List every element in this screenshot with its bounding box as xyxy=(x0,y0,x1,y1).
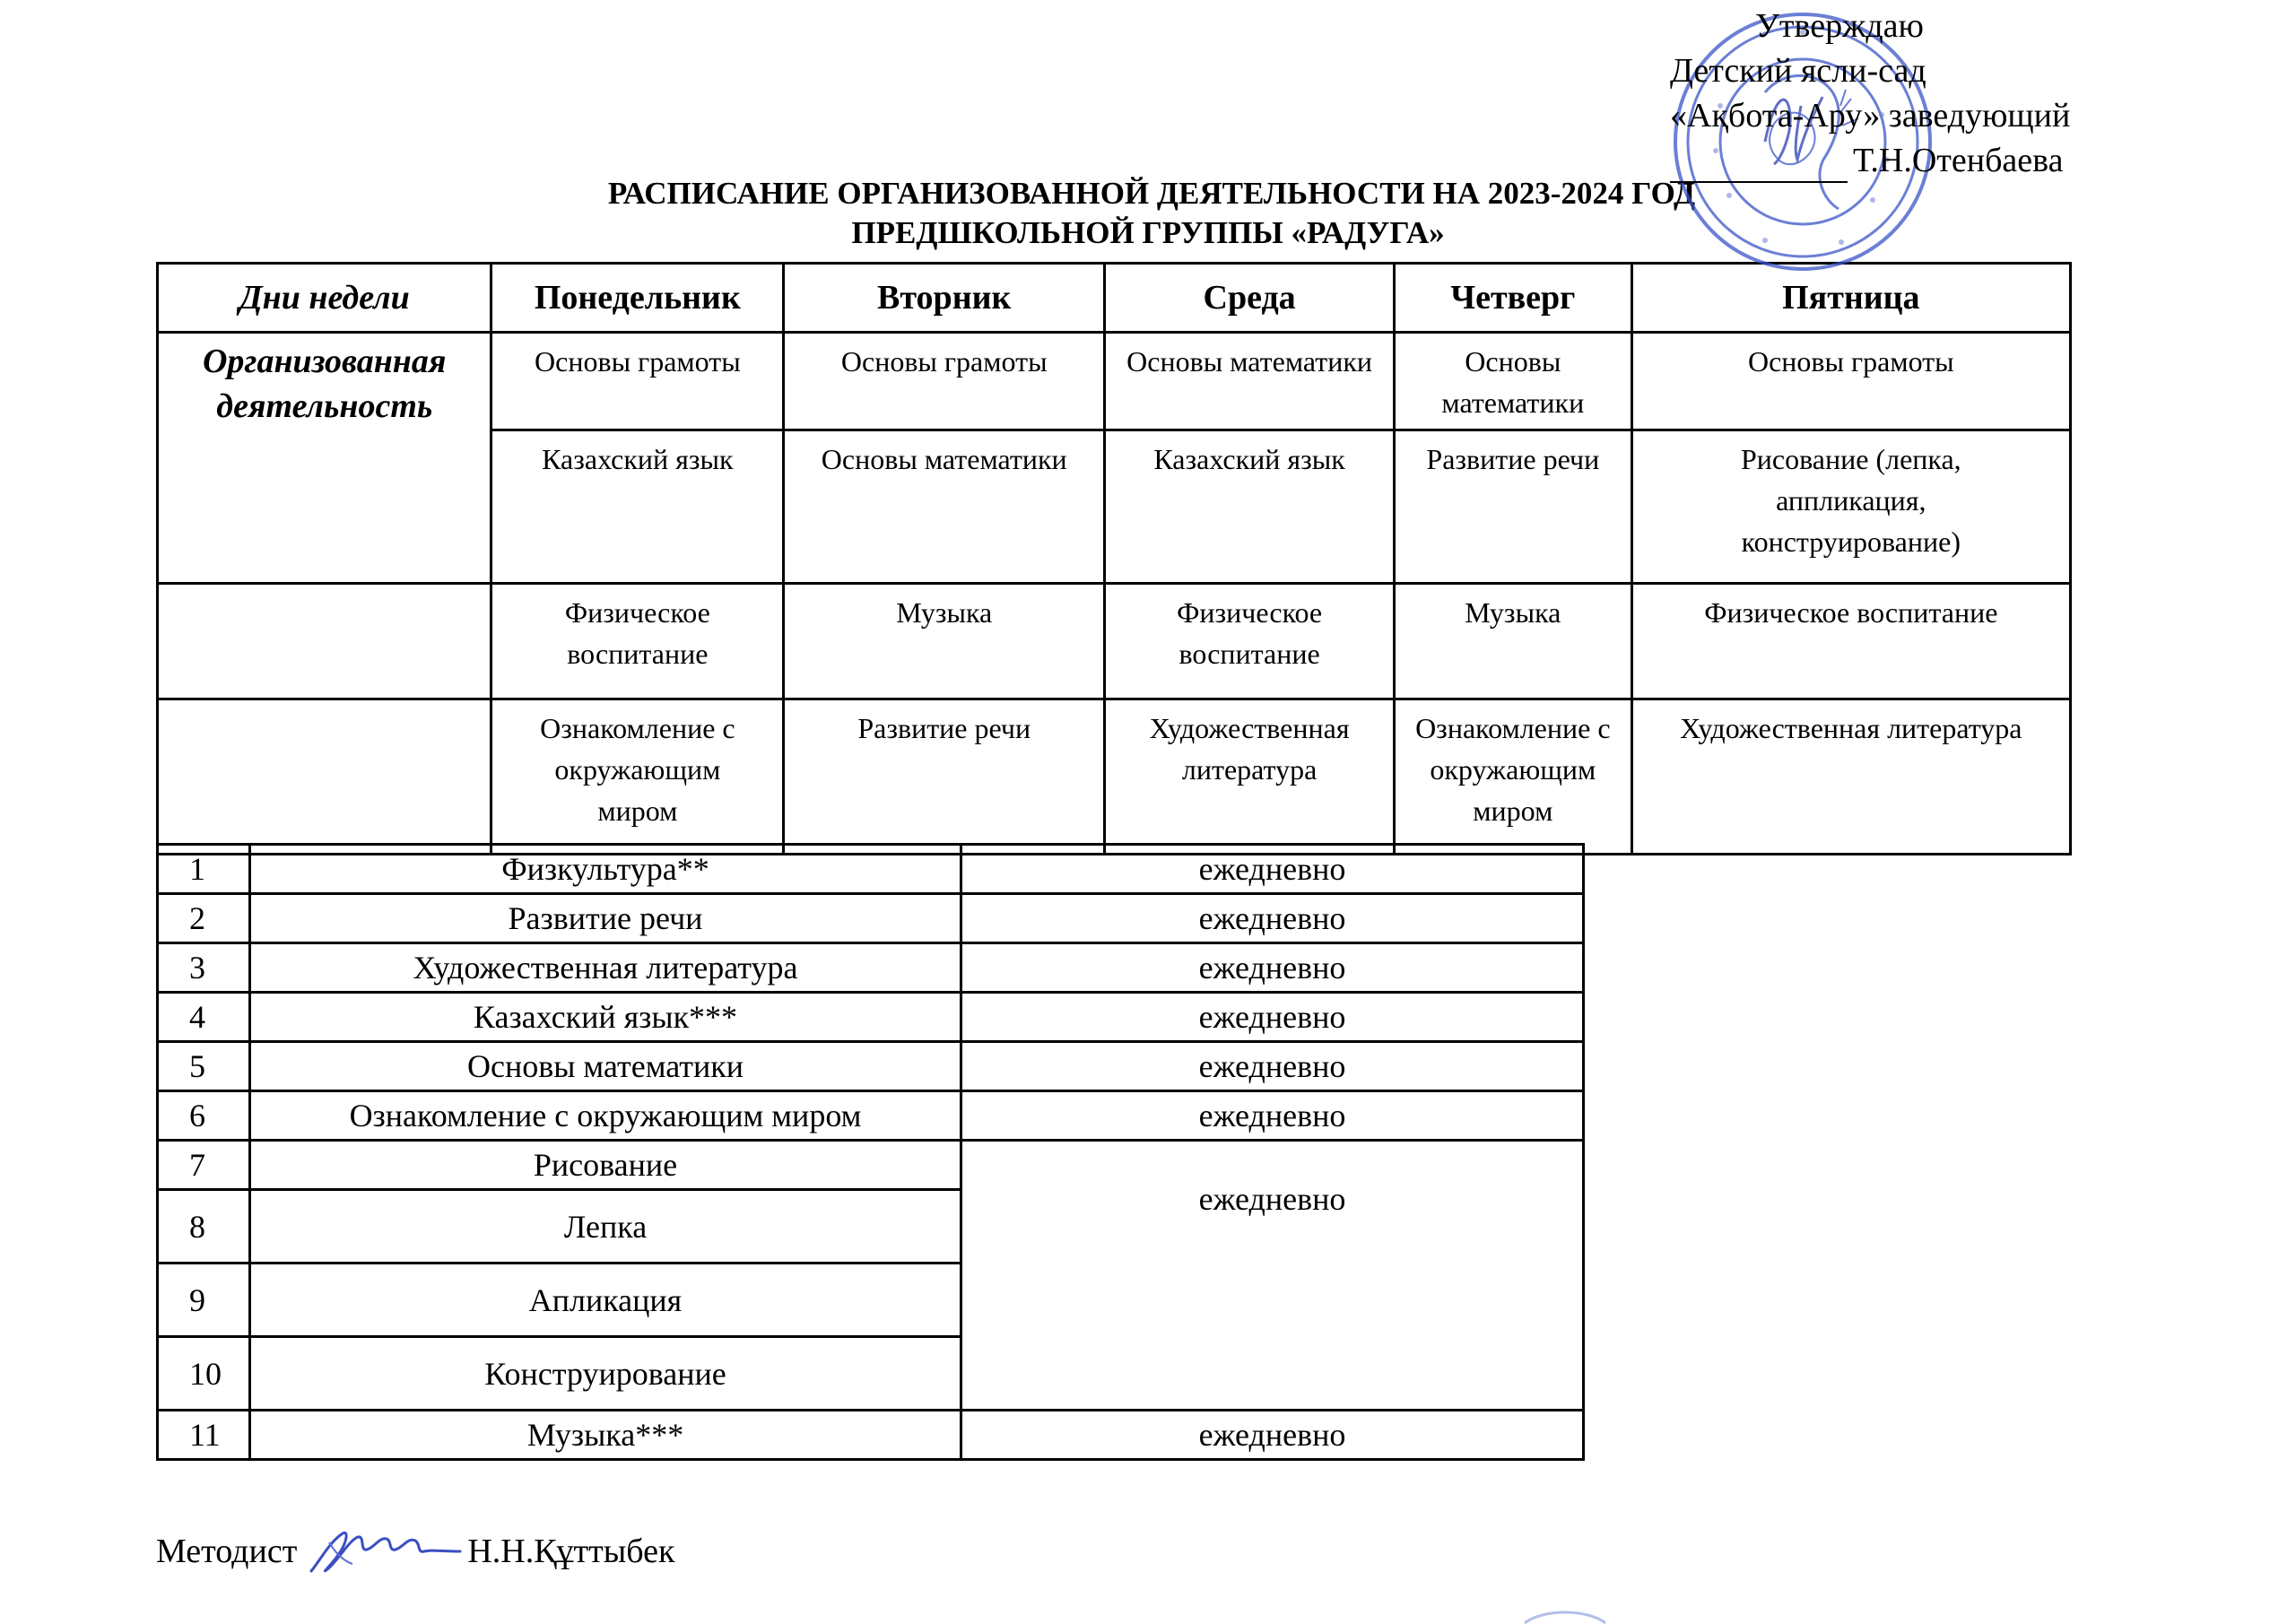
table-row: 3 Художественная литература ежедневно xyxy=(158,943,1584,993)
row-number: 10 xyxy=(158,1337,250,1411)
document-title: РАСПИСАНИЕ ОРГАНИЗОВАННОЙ ДЕЯТЕЛЬНОСТИ Н… xyxy=(0,174,2296,253)
approval-signatory: Т.Н.Отенбаева xyxy=(1670,138,2136,183)
subject-name: Основы математики xyxy=(250,1042,961,1091)
table-row: 2 Развитие речи ежедневно xyxy=(158,894,1584,943)
partial-stamp-icon xyxy=(1516,1605,1614,1624)
schedule-cell: Музыка xyxy=(1394,584,1631,699)
table-row: 5 Основы математики ежедневно xyxy=(158,1042,1584,1091)
table-row: Ознакомление с окружающим миром Развитие… xyxy=(158,699,2071,855)
subject-name: Апликация xyxy=(250,1264,961,1337)
schedule-cell: Ознакомление с окружающим миром xyxy=(1394,699,1631,855)
handwritten-signature-icon xyxy=(302,1524,464,1578)
row-number: 9 xyxy=(158,1264,250,1337)
schedule-cell: Основы математики xyxy=(1394,333,1631,430)
row-number: 1 xyxy=(158,845,250,894)
subject-name: Рисование xyxy=(250,1141,961,1190)
subject-frequency: ежедневно xyxy=(961,1411,1584,1460)
schedule-cell: Развитие речи xyxy=(1394,430,1631,584)
row-number: 3 xyxy=(158,943,250,993)
row-number: 11 xyxy=(158,1411,250,1460)
day-header: Понедельник xyxy=(491,264,784,333)
row-number: 7 xyxy=(158,1141,250,1190)
table-row: 1 Физкультура** ежедневно xyxy=(158,845,1584,894)
table-row: 6 Ознакомление с окружающим миром ежедне… xyxy=(158,1091,1584,1141)
schedule-cell: Основы грамоты xyxy=(784,333,1105,430)
empty-label-cell xyxy=(158,584,491,699)
schedule-cell: Физическое воспитание xyxy=(1105,584,1395,699)
subject-frequency: ежедневно xyxy=(961,1042,1584,1091)
row-number: 4 xyxy=(158,993,250,1042)
schedule-cell: Основы грамоты xyxy=(491,333,784,430)
row-number: 8 xyxy=(158,1190,250,1264)
subject-name: Конструирование xyxy=(250,1337,961,1411)
subjects-frequency-table: 1 Физкультура** ежедневно 2 Развитие реч… xyxy=(156,843,1585,1461)
approval-heading: Утверждаю xyxy=(1670,4,2136,48)
subject-name: Физкультура** xyxy=(250,845,961,894)
schedule-cell: Художественная литература xyxy=(1105,699,1395,855)
table-row: Организованная деятельность Основы грамо… xyxy=(158,333,2071,430)
row-label: Организованная деятельность xyxy=(158,333,491,584)
empty-label-cell xyxy=(158,699,491,855)
approval-position: «Ақбота-Ару» заведующий xyxy=(1670,93,2136,138)
schedule-cell: Основы математики xyxy=(784,430,1105,584)
schedule-cell: Музыка xyxy=(784,584,1105,699)
schedule-cell: Физическое воспитание xyxy=(1631,584,2070,699)
table-row: Физическое воспитание Музыка Физическое … xyxy=(158,584,2071,699)
row-number: 6 xyxy=(158,1091,250,1141)
subject-frequency: ежедневно xyxy=(961,845,1584,894)
approval-name: Т.Н.Отенбаева xyxy=(1853,138,2063,183)
methodist-signature-block: Методист Н.Н.Құттыбек xyxy=(156,1524,674,1578)
subject-frequency: ежедневно xyxy=(961,993,1584,1042)
table-row: 7 Рисование ежедневно xyxy=(158,1141,1584,1190)
subject-frequency: ежедневно xyxy=(961,1091,1584,1141)
schedule-cell: Развитие речи xyxy=(784,699,1105,855)
methodist-role: Методист xyxy=(156,1530,297,1573)
subject-frequency: ежедневно xyxy=(961,894,1584,943)
row-number: 2 xyxy=(158,894,250,943)
subject-name: Казахский язык*** xyxy=(250,993,961,1042)
schedule-cell: Казахский язык xyxy=(491,430,784,584)
subject-name: Ознакомление с окружающим миром xyxy=(250,1091,961,1141)
schedule-cell: Казахский язык xyxy=(1105,430,1395,584)
schedule-cell: Ознакомление с окружающим миром xyxy=(491,699,784,855)
schedule-cell: Физическое воспитание xyxy=(491,584,784,699)
table-row: 4 Казахский язык*** ежедневно xyxy=(158,993,1584,1042)
schedule-cell: Основы математики xyxy=(1105,333,1395,430)
subject-name: Художественная литература xyxy=(250,943,961,993)
title-line-2: ПРЕДШКОЛЬНОЙ ГРУППЫ «РАДУГА» xyxy=(0,213,2296,253)
day-header: Вторник xyxy=(784,264,1105,333)
day-header: Четверг xyxy=(1394,264,1631,333)
subject-frequency: ежедневно xyxy=(961,943,1584,993)
methodist-name: Н.Н.Құттыбек xyxy=(467,1530,674,1573)
schedule-cell: Рисование (лепка, аппликация, конструиро… xyxy=(1631,430,2070,584)
approval-block: Утверждаю Детский ясли-сад «Ақбота-Ару» … xyxy=(1670,4,2136,183)
day-header: Среда xyxy=(1105,264,1395,333)
row-number: 5 xyxy=(158,1042,250,1091)
subject-name: Музыка*** xyxy=(250,1411,961,1460)
signature-line xyxy=(1670,149,1848,183)
subject-name: Развитие речи xyxy=(250,894,961,943)
approval-institution: Детский ясли-сад xyxy=(1670,48,2136,93)
subject-frequency: ежедневно xyxy=(961,1141,1584,1411)
table-row: 11 Музыка*** ежедневно xyxy=(158,1411,1584,1460)
schedule-cell: Основы грамоты xyxy=(1631,333,2070,430)
subject-name: Лепка xyxy=(250,1190,961,1264)
schedule-cell: Художественная литература xyxy=(1631,699,2070,855)
weekly-schedule-table: Дни недели Понедельник Вторник Среда Чет… xyxy=(156,262,2072,855)
corner-header: Дни недели xyxy=(158,264,491,333)
